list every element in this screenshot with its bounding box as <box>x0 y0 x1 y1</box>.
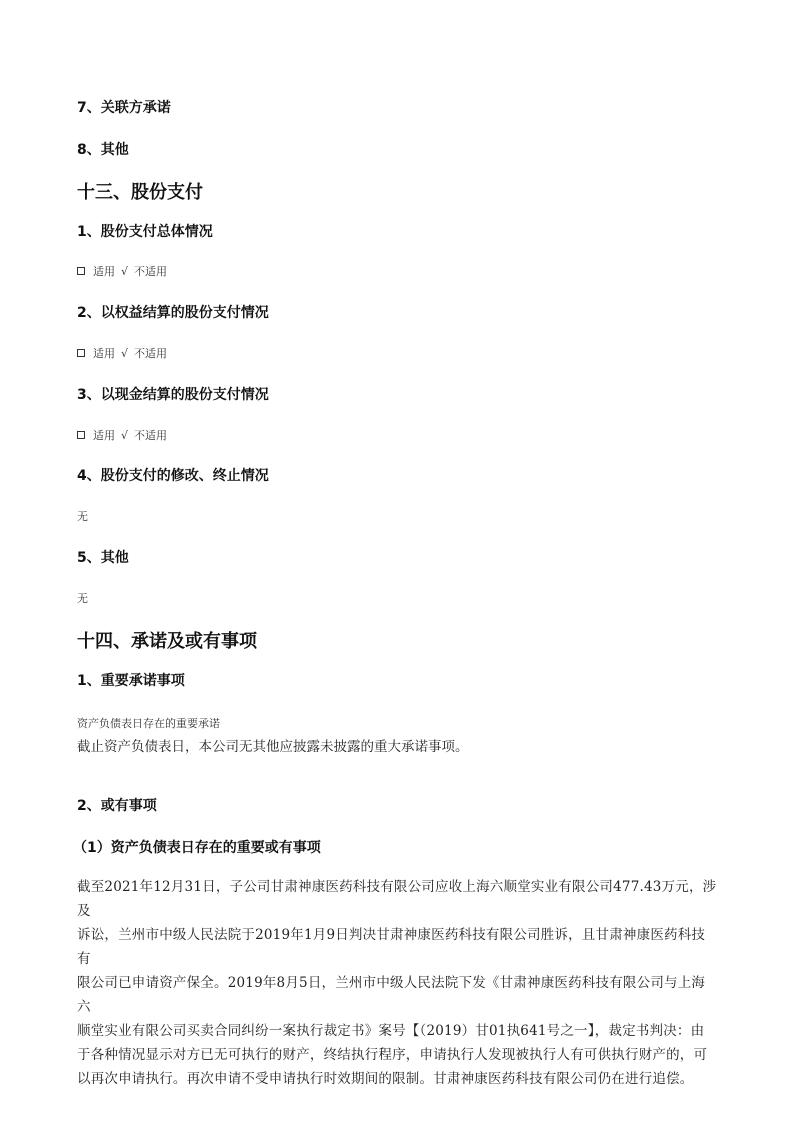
check-icon: √ <box>121 429 128 442</box>
chapter-heading-share-payment: 十三、股份支付 <box>77 178 203 204</box>
paragraph-line: 截至2021年12月31日，子公司甘肃神康医药科技有限公司应收上海六顺堂实业有限… <box>77 875 717 923</box>
commitments-text: 截止资产负债表日，本公司无其他应披露未披露的重大承诺事项。 <box>77 735 469 755</box>
paragraph-line: 诉讼，兰州市中级人民法院于2019年1月9日判决甘肃神康医药科技有限公司胜诉，且… <box>77 923 717 971</box>
check-icon: √ <box>121 265 128 278</box>
checkbox-icon <box>77 431 85 439</box>
commitments-label: 资产负债表日存在的重要承诺 <box>77 715 220 731</box>
paragraph-line: 限公司已申请资产保全。2019年8月5日，兰州市中级人民法院下发《甘肃神康医药科… <box>77 971 717 1019</box>
section-heading-modification-termination: 4、股份支付的修改、终止情况 <box>77 465 269 485</box>
section-heading-equity-settled: 2、以权益结算的股份支付情况 <box>77 302 269 322</box>
section-heading-other: 8、其他 <box>77 139 129 159</box>
applicable-label: 适用 <box>93 345 115 361</box>
applicability-option: 适用 √ 不适用 <box>77 427 167 443</box>
applicable-label: 适用 <box>93 427 115 443</box>
none-text: 无 <box>77 508 88 524</box>
not-applicable-label: 不适用 <box>134 427 167 443</box>
section-heading-other: 5、其他 <box>77 547 129 567</box>
paragraph-line: 顺堂实业有限公司买卖合同纠纷一案执行裁定书》案号【（2019）甘01执641号之… <box>77 1019 717 1043</box>
applicability-option: 适用 √ 不适用 <box>77 345 167 361</box>
paragraph-line: 以再次申请执行。再次申请不受申请执行时效期间的限制。甘肃神康医药科技有限公司仍在… <box>77 1067 717 1091</box>
checkbox-icon <box>77 267 85 275</box>
paragraph-line: 于各种情况显示对方已无可执行的财产，终结执行程序，申请执行人发现被执行人有可供执… <box>77 1043 717 1067</box>
contingency-paragraph: 截至2021年12月31日，子公司甘肃神康医药科技有限公司应收上海六顺堂实业有限… <box>77 875 717 1091</box>
section-heading-cash-settled: 3、以现金结算的股份支付情况 <box>77 384 269 404</box>
section-heading-important-commitments: 1、重要承诺事项 <box>77 670 185 690</box>
subsection-heading-contingent-items: （1）资产负债表日存在的重要或有事项 <box>73 837 321 857</box>
section-heading-contingencies: 2、或有事项 <box>77 795 157 815</box>
chapter-heading-commitments-contingencies: 十四、承诺及或有事项 <box>77 627 257 653</box>
not-applicable-label: 不适用 <box>134 345 167 361</box>
checkbox-icon <box>77 349 85 357</box>
section-heading-share-payment-overview: 1、股份支付总体情况 <box>77 221 213 241</box>
not-applicable-label: 不适用 <box>134 263 167 279</box>
none-text: 无 <box>77 590 88 606</box>
section-heading-related-party-commitments: 7、关联方承诺 <box>77 97 171 117</box>
applicability-option: 适用 √ 不适用 <box>77 263 167 279</box>
check-icon: √ <box>121 347 128 360</box>
applicable-label: 适用 <box>93 263 115 279</box>
